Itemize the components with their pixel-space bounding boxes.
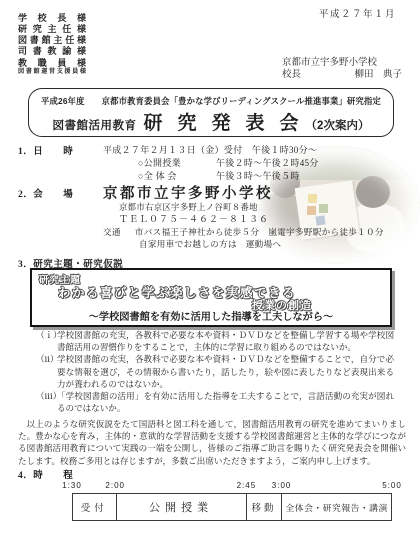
hypothesis-text: 学校図書館の充実，各教科で必要な本や資料・ＤＶＤなどを整備することで，自分で必要… [57, 353, 394, 390]
sender-name: 柳田 典子 [354, 69, 402, 81]
time-mark: 2:00 [105, 481, 125, 490]
issue-date: 平成２７年１月 [319, 6, 396, 20]
schedule-timeline: 1:30 2:00 2:45 3:00 5:00 受付 公開授業 移動 全体会・… [72, 481, 392, 523]
event-datetime: 平成２７年２月１３日（金）受付 午後１時30分～ [103, 143, 317, 156]
theme-line3: ～学校図書館を有効に活用した指導を工夫しながら～ [32, 308, 390, 323]
sender-block: 京都市立宇多野小学校 校長 柳田 典子 [282, 57, 402, 82]
research-designation: 平成26年度 京都市教育委員会「豊かな学びリーディングスクール推進事業」研究指定 [29, 95, 393, 107]
hypothesis-item: （ｉ） 学校図書館の充実，各教科で必要な本や資料・ＤＶＤなどを整備し学習する場や… [36, 329, 394, 353]
open-class-time: 午後２時～午後２時45分 [216, 156, 319, 169]
hypothesis-text: 「学校図書館の活用」を有効に活用した指導を工夫することで，言語活動の充実が図れる… [57, 390, 394, 414]
announcement-document: 平成２７年１月 学校長様 研究主任様 図書館主任様 司書教諭様 教職員様 図書館… [0, 0, 420, 535]
schedule-table: 受付 公開授業 移動 全体会・研究報告・講演 [72, 493, 392, 521]
access-transit: 市バス福王子神社から徒歩５分 嵐電宇多野駅から徒歩１０分 [135, 226, 384, 238]
venue-name: 京都市立宇多野小学校 [103, 182, 273, 203]
recipient: 研究主任様 [18, 24, 86, 35]
access-row: 交通 市バス福王子神社から徒歩５分 嵐電宇多野駅から徒歩１０分 [103, 226, 384, 238]
recipient: 教職員様 [18, 58, 86, 69]
recipient: 図書館運営支援員様 [18, 69, 86, 77]
sender-school: 京都市立宇多野小学校 [282, 57, 402, 69]
title-subject: 図書館活用教育 [53, 117, 137, 133]
recipient-list: 学校長様 研究主任様 図書館主任様 司書教諭様 教職員様 図書館運営支援員様 [18, 13, 86, 76]
venue-tel: ＴＥＬ０７５－４６２－８１３６ [119, 212, 269, 225]
hypothesis-number: （ⅱ） [36, 353, 57, 390]
time-mark: 1:30 [62, 481, 82, 490]
time-mark: 5:00 [382, 481, 402, 490]
section1-label: 1．日 時 [18, 143, 73, 157]
hypotheses-list: （ｉ） 学校図書館の充実，各教科で必要な本や資料・ＤＶＤなどを整備し学習する場や… [36, 329, 394, 414]
recipient: 図書館主任様 [18, 35, 86, 46]
title-main: 研究発表会 [144, 108, 314, 135]
hypothesis-number: （ｉ） [36, 329, 57, 353]
hypothesis-item: （ⅲ） 「学校図書館の活用」を有効に活用した指導を工夫することで，言語活動の充実… [36, 390, 394, 414]
time-mark: 3:00 [272, 481, 292, 490]
title-box: 平成26年度 京都市教育委員会「豊かな学びリーディングスクール推進事業」研究指定… [28, 88, 394, 137]
section2-label: 2．会 場 [18, 186, 73, 200]
recipient: 学校長様 [18, 13, 86, 24]
schedule-cell-plenary: 全体会・研究報告・講演 [282, 494, 391, 520]
title-suffix: （2次案内） [306, 117, 370, 133]
hypothesis-text: 学校図書館の充実，各教科で必要な本や資料・ＤＶＤなどを整備し学習する場や学校図書… [57, 329, 394, 353]
schedule-cell-reception: 受付 [73, 494, 117, 520]
hypothesis-item: （ⅱ） 学校図書館の充実，各教科で必要な本や資料・ＤＶＤなどを整備することで，自… [36, 353, 394, 390]
access-car: 自家用車でお越しの方は 運動場へ [139, 238, 281, 250]
access-label: 交通 [103, 226, 121, 238]
hypothesis-number: （ⅲ） [36, 390, 57, 414]
sender-role: 校長 [282, 69, 301, 81]
section4-label: 4．時 程 [18, 467, 73, 481]
research-theme-box: 研究主題 わかる喜びと学ぶ楽しさを実感できる 授業の創造 ～学校図書館を有効に活… [30, 268, 392, 327]
recipient: 司書教諭様 [18, 46, 86, 57]
closing-paragraph: 以上のような研究仮説をたて国語科と図工科を通して，図書館活用教育の研究を進めてま… [18, 418, 406, 467]
plenary-row: ○全 体 会 午後３時～午後５時 [138, 169, 300, 182]
schedule-cell-move: 移動 [247, 494, 283, 520]
plenary-time: 午後３時～午後５時 [216, 169, 300, 182]
main-title-line: 図書館活用教育 研究発表会 （2次案内） [29, 108, 393, 135]
time-mark: 2:45 [237, 481, 257, 490]
open-class-row: ○公開授業 午後２時～午後２時45分 [138, 156, 319, 169]
schedule-cell-open-class: 公開授業 [117, 494, 247, 520]
plenary-label: ○全 体 会 [138, 169, 216, 182]
open-class-label: ○公開授業 [138, 156, 216, 169]
